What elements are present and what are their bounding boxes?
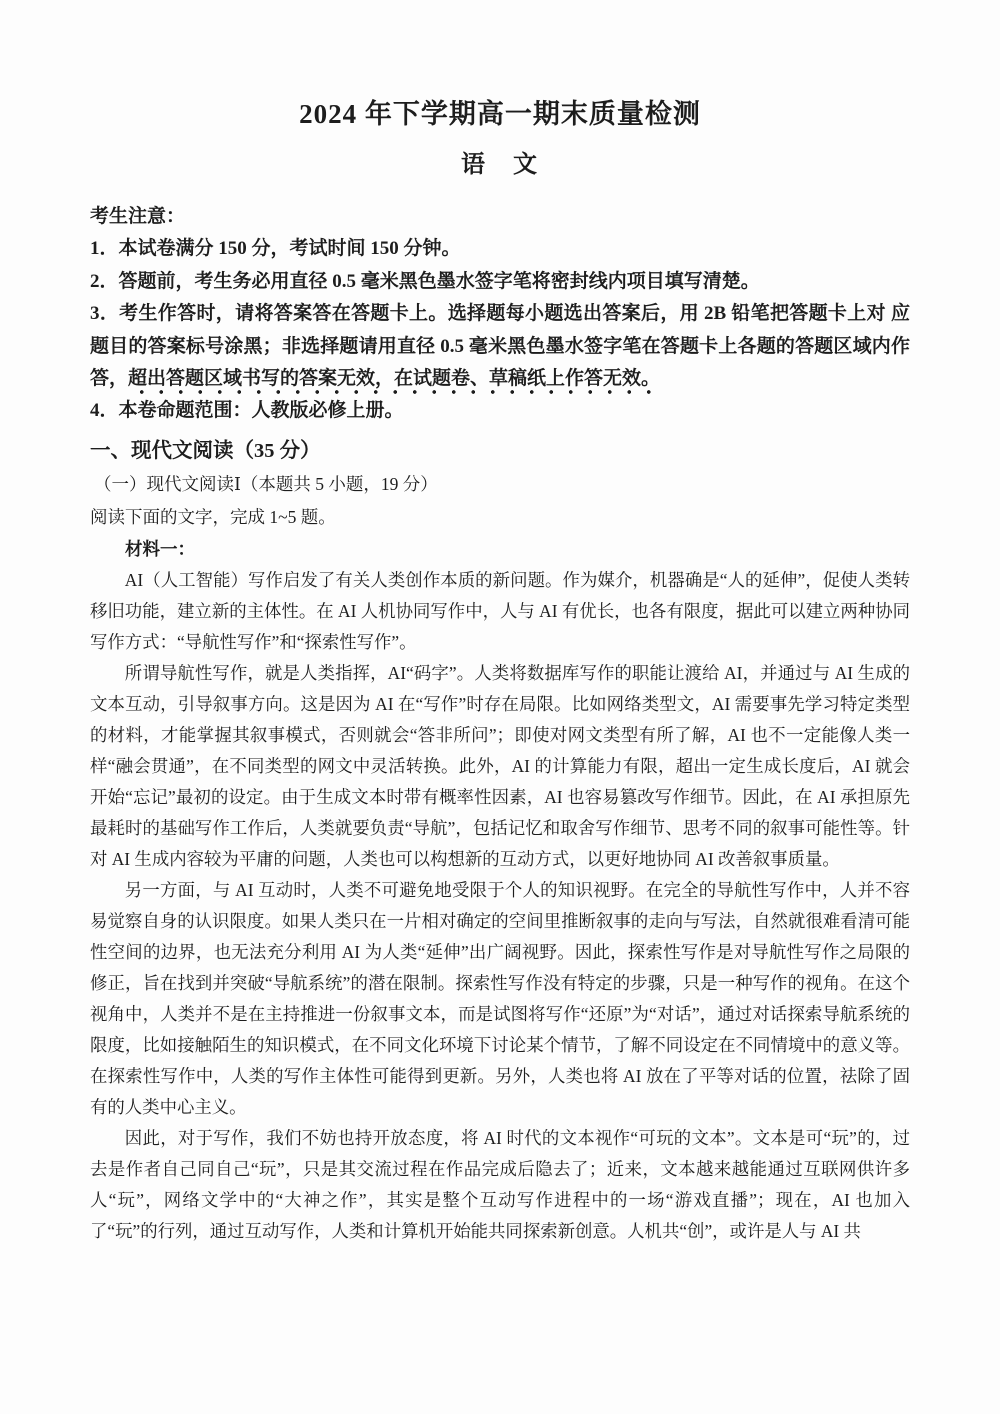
subject-title: 语 文 (90, 149, 910, 181)
notice-item-2: 2．答题前，考生务必用直径 0.5 毫米黑色墨水签字笔将密封线内项目填写清楚。 (90, 266, 910, 298)
notice-heading: 考生注意： (90, 201, 910, 233)
material-paragraph-4: 因此，对于写作，我们不妨也持开放态度，将 AI 时代的文本视作“可玩的文本”。文… (90, 1123, 910, 1247)
material-paragraph-1: AI（人工智能）写作启发了有关人类创作本质的新问题。作为媒介，机器确是“人的延伸… (90, 565, 910, 658)
candidate-notice: 考生注意： 1．本试卷满分 150 分，考试时间 150 分钟。 2．答题前，考… (90, 201, 910, 428)
notice-item-4: 4．本卷命题范围：人教版必修上册。 (90, 395, 910, 427)
notice-item-3-emphasized-text: 超出答题区域书写的答案无效，在试题卷、草稿纸上作答无效。 (128, 368, 660, 395)
material-one-label: 材料一： (90, 534, 910, 565)
page-title: 2024 年下学期高一期末质量检测 (90, 96, 910, 132)
notice-item-3: 3．考生作答时，请将答案答在答题卡上。选择题每小题选出答案后，用 2B 铅笔把答… (90, 298, 910, 395)
section-heading-modern-reading: 一、现代文阅读（35 分） (90, 434, 910, 468)
subsection-heading-reading-1: （一）现代文阅读Ⅰ（本题共 5 小题，19 分） (90, 468, 910, 501)
notice-item-1: 1．本试卷满分 150 分，考试时间 150 分钟。 (90, 233, 910, 265)
exam-paper-page: 2024 年下学期高一期末质量检测 语 文 考生注意： 1．本试卷满分 150 … (0, 0, 1000, 1414)
material-paragraph-3: 另一方面，与 AI 互动时，人类不可避免地受限于个人的知识视野。在完全的导航性写… (90, 875, 910, 1123)
material-paragraph-2: 所谓导航性写作，就是人类指挥，AI“码字”。人类将数据库写作的职能让渡给 AI，… (90, 658, 910, 875)
reading-instruction: 阅读下面的文字，完成 1~5 题。 (90, 501, 910, 534)
